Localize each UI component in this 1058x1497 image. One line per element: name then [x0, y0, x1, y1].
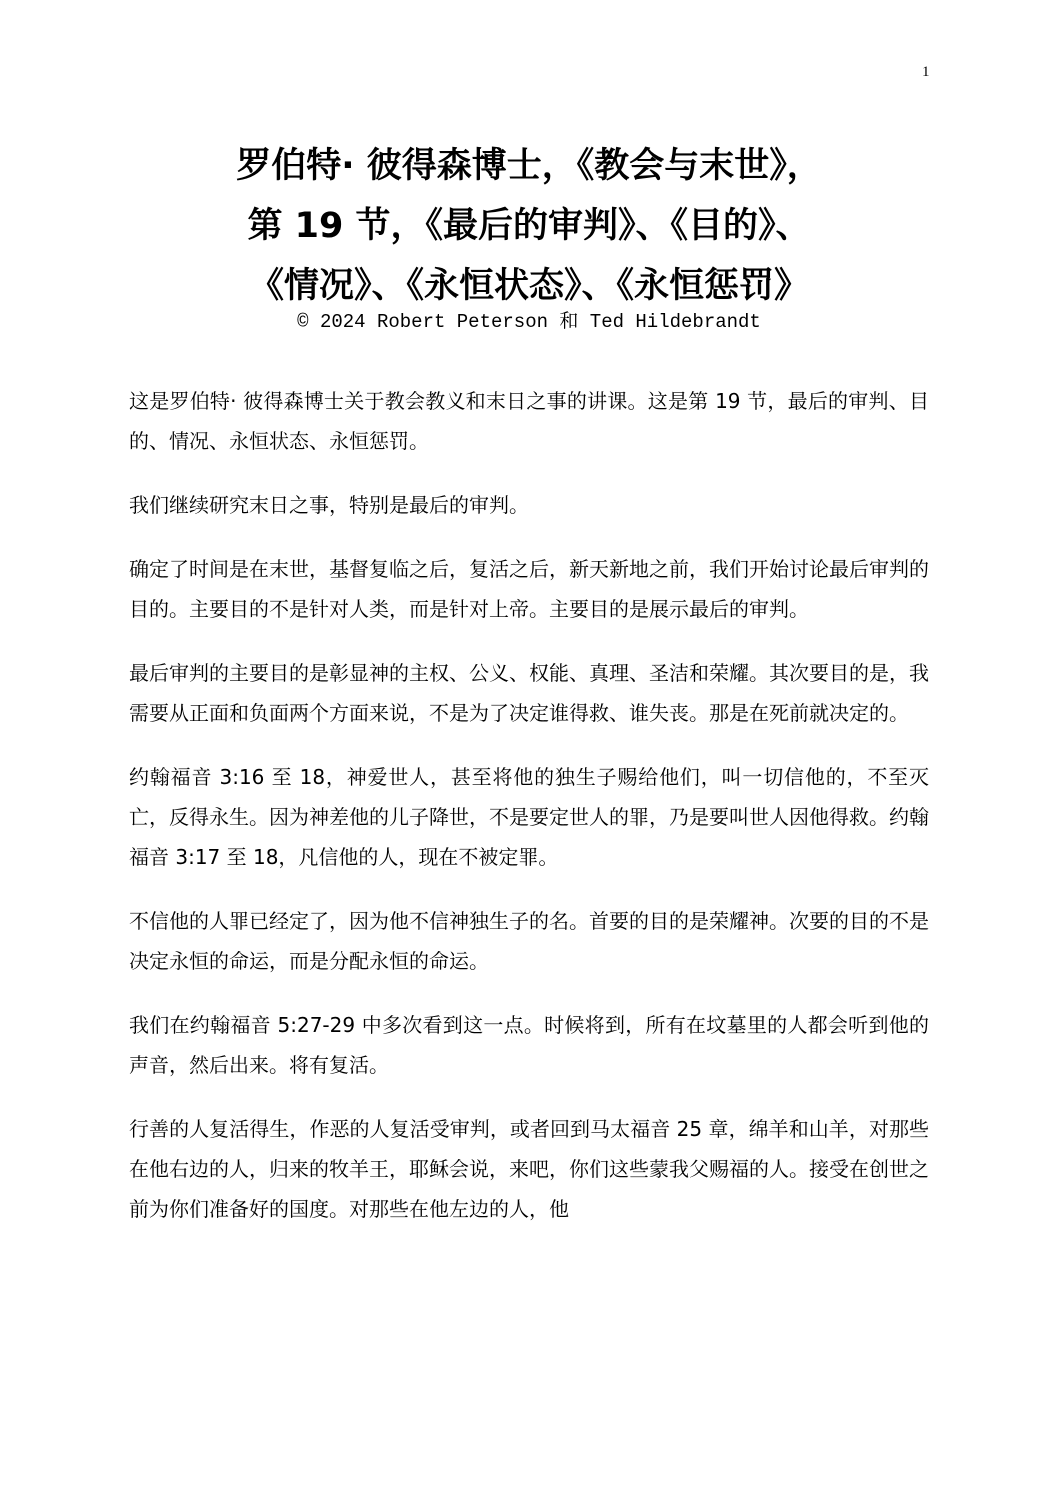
title-line-3: 《情况》、《永恒状态》、《永恒惩罚》: [0, 256, 1058, 316]
document-title-block: 罗伯特· 彼得森博士，《教会与末世》， 第 19 节，《最后的审判》、《目的》、…: [0, 136, 1058, 334]
title-line-1: 罗伯特· 彼得森博士，《教会与末世》，: [0, 136, 1058, 196]
paragraph-8: 行善的人复活得生，作恶的人复活受审判，或者回到马太福音 25 章，绵羊和山羊，对…: [129, 1109, 929, 1229]
page-number: 1: [922, 64, 930, 81]
paragraph-2: 我们继续研究末日之事，特别是最后的审判。: [129, 485, 929, 525]
paragraph-6: 不信他的人罪已经定了，因为他不信神独生子的名。首要的目的是荣耀神。次要的目的不是…: [129, 901, 929, 981]
copyright-line: © 2024 Robert Peterson 和 Ted Hildebrandt: [0, 310, 1058, 334]
title-line-2: 第 19 节，《最后的审判》、《目的》、: [0, 196, 1058, 256]
paragraph-7: 我们在约翰福音 5:27-29 中多次看到这一点。时候将到，所有在坟墓里的人都会…: [129, 1005, 929, 1085]
paragraph-5: 约翰福音 3:16 至 18，神爱世人，甚至将他的独生子赐给他们，叫一切信他的，…: [129, 757, 929, 877]
document-body: 这是罗伯特· 彼得森博士关于教会教义和末日之事的讲课。这是第 19 节，最后的审…: [129, 381, 929, 1253]
paragraph-3: 确定了时间是在末世，基督复临之后，复活之后，新天新地之前，我们开始讨论最后审判的…: [129, 549, 929, 629]
paragraph-1: 这是罗伯特· 彼得森博士关于教会教义和末日之事的讲课。这是第 19 节，最后的审…: [129, 381, 929, 461]
paragraph-4: 最后审判的主要目的是彰显神的主权、公义、权能、真理、圣洁和荣耀。其次要目的是，我…: [129, 653, 929, 733]
